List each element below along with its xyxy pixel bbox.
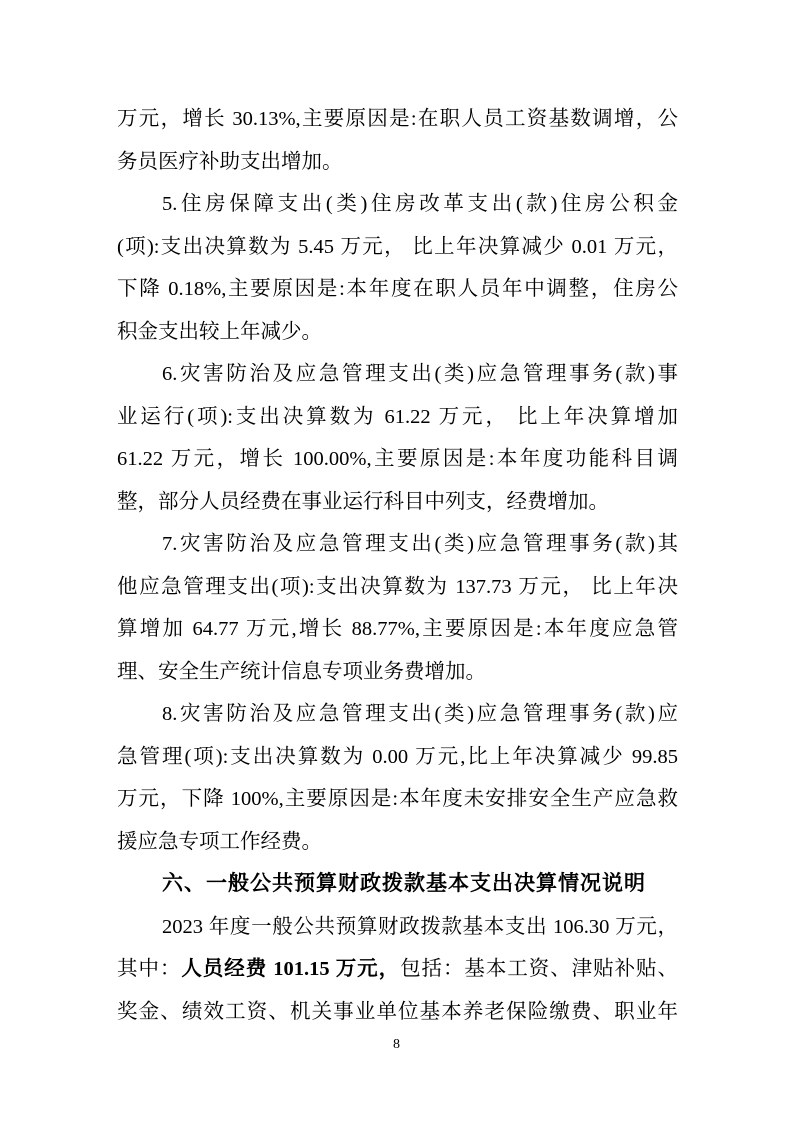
text-segment: 理、安全生产统计信息专项业务费增加。 (117, 661, 486, 683)
text-segment: 6.灾害防治及应急管理支出(类)应急管理事务(款)事 (162, 363, 678, 385)
bold-text-segment: 六、一般公共预算财政拨款基本支出决算情况说明 (162, 872, 646, 895)
text-segment: 整，部分人员经费在事业运行科目中列支，经费增加。 (117, 491, 609, 513)
text-line: 万元，增长 30.13%,主要原因是:在职人员工资基数调增，公 (117, 98, 678, 141)
text-segment: 积金支出较上年减少。 (117, 321, 322, 343)
text-line: 积金支出较上年减少。 (117, 311, 678, 354)
text-segment: 奖金、绩效工资、机关事业单位基本养老保险缴费、职业年 (117, 1001, 678, 1023)
text-segment: 下降 0.18%,主要原因是:本年度在职人员年中调整，住房公 (117, 278, 678, 300)
text-segment: 急管理(项):支出决算数为 0.00 万元,比上年决算减少 99.85 (117, 746, 678, 768)
text-line: 算增加 64.77 万元,增长 88.77%,主要原因是:本年度应急管 (117, 608, 678, 651)
text-segment: (项):支出决算数为 5.45 万元， 比上年决算减少 0.01 万元， (117, 236, 678, 258)
text-segment: 其中： (117, 958, 181, 980)
text-segment: 他应急管理支出(项):支出决算数为 137.73 万元， 比上年决 (117, 576, 678, 598)
text-line: 急管理(项):支出决算数为 0.00 万元,比上年决算减少 99.85 (117, 736, 678, 779)
section-heading: 六、一般公共预算财政拨款基本支出决算情况说明 (117, 863, 678, 906)
text-line: 务员医疗补助支出增加。 (117, 141, 678, 184)
text-segment: 5.住房保障支出(类)住房改革支出(款)住房公积金 (162, 193, 678, 215)
text-line: 下降 0.18%,主要原因是:本年度在职人员年中调整，住房公 (117, 268, 678, 311)
text-line: 5.住房保障支出(类)住房改革支出(款)住房公积金 (117, 183, 678, 226)
text-line: 业运行(项):支出决算数为 61.22 万元， 比上年决算增加 (117, 396, 678, 439)
text-line: 整，部分人员经费在事业运行科目中列支，经费增加。 (117, 481, 678, 524)
bold-text-segment: 人员经费 101.15 万元， (181, 958, 400, 980)
text-segment: 包括：基本工资、津贴补贴、 (400, 958, 678, 980)
text-line: 2023 年度一般公共预算财政拨款基本支出 106.30 万元， (117, 906, 678, 949)
text-segment: 务员医疗补助支出增加。 (117, 151, 343, 173)
text-segment: 8.灾害防治及应急管理支出(类)应急管理事务(款)应 (162, 703, 678, 725)
text-line: 7.灾害防治及应急管理支出(类)应急管理事务(款)其 (117, 523, 678, 566)
page-number: 8 (0, 1036, 793, 1054)
text-line: 援应急专项工作经费。 (117, 821, 678, 864)
text-line: 万元，下降 100%,主要原因是:本年度未安排安全生产应急救 (117, 778, 678, 821)
text-line: 8.灾害防治及应急管理支出(类)应急管理事务(款)应 (117, 693, 678, 736)
text-segment: 2023 年度一般公共预算财政拨款基本支出 106.30 万元， (162, 916, 678, 938)
text-line: 其中：人员经费 101.15 万元，包括：基本工资、津贴补贴、 (117, 948, 678, 991)
text-segment: 算增加 64.77 万元,增长 88.77%,主要原因是:本年度应急管 (117, 618, 678, 640)
text-segment: 援应急专项工作经费。 (117, 831, 322, 853)
text-segment: 业运行(项):支出决算数为 61.22 万元， 比上年决算增加 (117, 406, 678, 428)
text-line: 理、安全生产统计信息专项业务费增加。 (117, 651, 678, 694)
text-segment: 万元，下降 100%,主要原因是:本年度未安排安全生产应急救 (117, 788, 678, 810)
document-text-block: 万元，增长 30.13%,主要原因是:在职人员工资基数调增，公务员医疗补助支出增… (117, 98, 678, 1033)
text-line: 6.灾害防治及应急管理支出(类)应急管理事务(款)事 (117, 353, 678, 396)
text-line: (项):支出决算数为 5.45 万元， 比上年决算减少 0.01 万元， (117, 226, 678, 269)
text-line: 他应急管理支出(项):支出决算数为 137.73 万元， 比上年决 (117, 566, 678, 609)
document-page: 万元，增长 30.13%,主要原因是:在职人员工资基数调增，公务员医疗补助支出增… (0, 0, 793, 1122)
text-segment: 7.灾害防治及应急管理支出(类)应急管理事务(款)其 (162, 533, 678, 555)
text-segment: 万元，增长 30.13%,主要原因是:在职人员工资基数调增，公 (117, 108, 678, 130)
text-line: 奖金、绩效工资、机关事业单位基本养老保险缴费、职业年 (117, 991, 678, 1034)
text-line: 61.22 万元，增长 100.00%,主要原因是:本年度功能科目调 (117, 438, 678, 481)
text-segment: 61.22 万元，增长 100.00%,主要原因是:本年度功能科目调 (117, 448, 678, 470)
